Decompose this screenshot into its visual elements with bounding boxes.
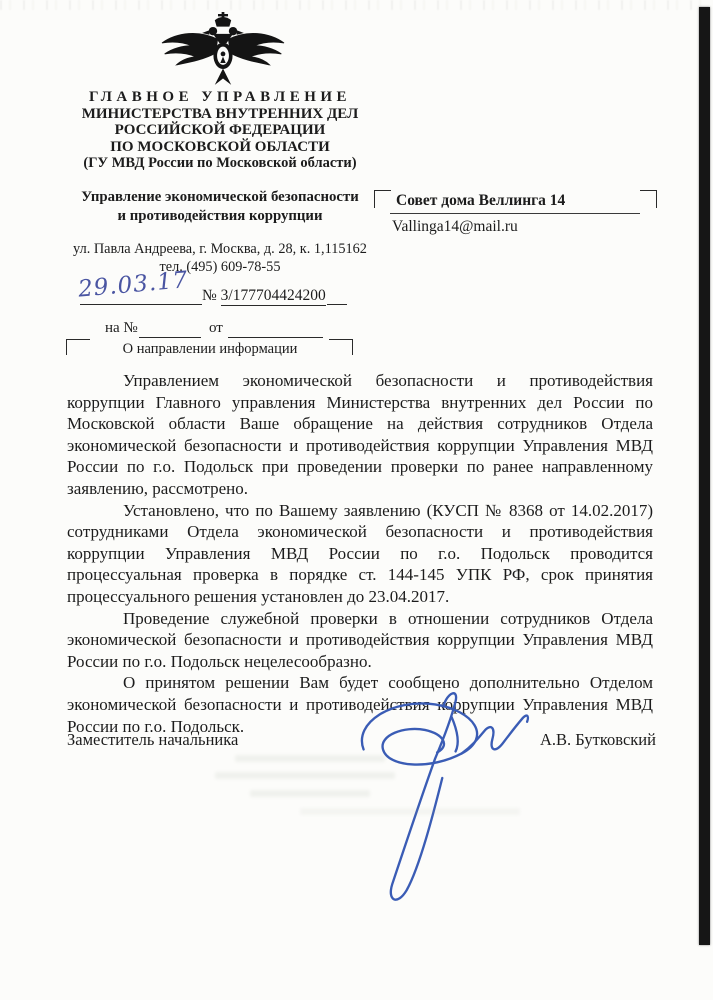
body-paragraph: Управлением экономической безопасности и…: [67, 370, 653, 500]
letterhead-org-block: ГЛАВНОЕ УПРАВЛЕНИЕ МИНИСТЕРСТВА ВНУТРЕНН…: [60, 89, 380, 172]
org-name-line: ГЛАВНОЕ УПРАВЛЕНИЕ: [60, 89, 380, 106]
recipient-corner-mark-left: [374, 190, 391, 208]
division-line: и противодействия коррупции: [60, 207, 380, 226]
number-sign-label: №: [202, 287, 217, 304]
scan-noise-artifact: [0, 0, 713, 10]
reply-ot-label: от: [209, 320, 223, 337]
handwritten-signature: [345, 686, 560, 916]
postal-address: ул. Павла Андреева, г. Москва, д. 28, к.…: [60, 240, 380, 258]
recipient-underline: [390, 213, 640, 214]
org-name-line: ПО МОСКОВСКОЙ ОБЛАСТИ: [60, 139, 380, 156]
body-paragraph: Установлено, что по Вашему заявлению (КУ…: [67, 500, 653, 608]
reply-na-label: на №: [105, 320, 138, 337]
letter-body: Управлением экономической безопасности и…: [67, 370, 653, 737]
scan-bleedthrough-artifact: [300, 808, 520, 815]
letter-subject: О направлении информации: [90, 341, 330, 358]
subject-corner-mark-right: [329, 339, 353, 355]
recipient-corner-mark-right: [640, 190, 657, 208]
scan-bleedthrough-artifact: [235, 755, 385, 762]
outgoing-number: № 3/177704424200: [202, 287, 326, 305]
scan-bleedthrough-artifact: [250, 790, 370, 797]
division-name-block: Управление экономической безопасности и …: [60, 188, 380, 226]
org-name-line: МИНИСТЕРСТВА ВНУТРЕННИХ ДЕЛ: [60, 106, 380, 123]
body-paragraph: Проведение служебной проверки в отношени…: [67, 608, 653, 673]
date-underline: [80, 304, 202, 305]
outgoing-number-value: 3/177704424200: [221, 287, 326, 306]
recipient-email: Vallinga14@mail.ru: [392, 218, 518, 236]
reply-date-blank: [228, 337, 323, 338]
org-name-line: РОССИЙСКОЙ ФЕДЕРАЦИИ: [60, 122, 380, 139]
scan-bleedthrough-artifact: [215, 772, 395, 779]
division-line: Управление экономической безопасности: [60, 188, 380, 207]
signer-position: Заместитель начальника: [67, 730, 238, 750]
mvd-eagle-emblem-icon: [158, 12, 288, 94]
reply-number-blank: [139, 337, 201, 338]
number-trailing-underline: [327, 304, 347, 305]
letterhead-address-block: ул. Павла Андреева, г. Москва, д. 28, к.…: [60, 240, 380, 276]
recipient-name: Совет дома Веллинга 14: [396, 192, 636, 210]
scanned-letter-page: ГЛАВНОЕ УПРАВЛЕНИЕ МИНИСТЕРСТВА ВНУТРЕНН…: [0, 0, 713, 1000]
scan-edge-strip: [699, 7, 710, 945]
subject-corner-mark-left: [66, 339, 90, 355]
org-short-name: (ГУ МВД России по Московской области): [60, 155, 380, 172]
